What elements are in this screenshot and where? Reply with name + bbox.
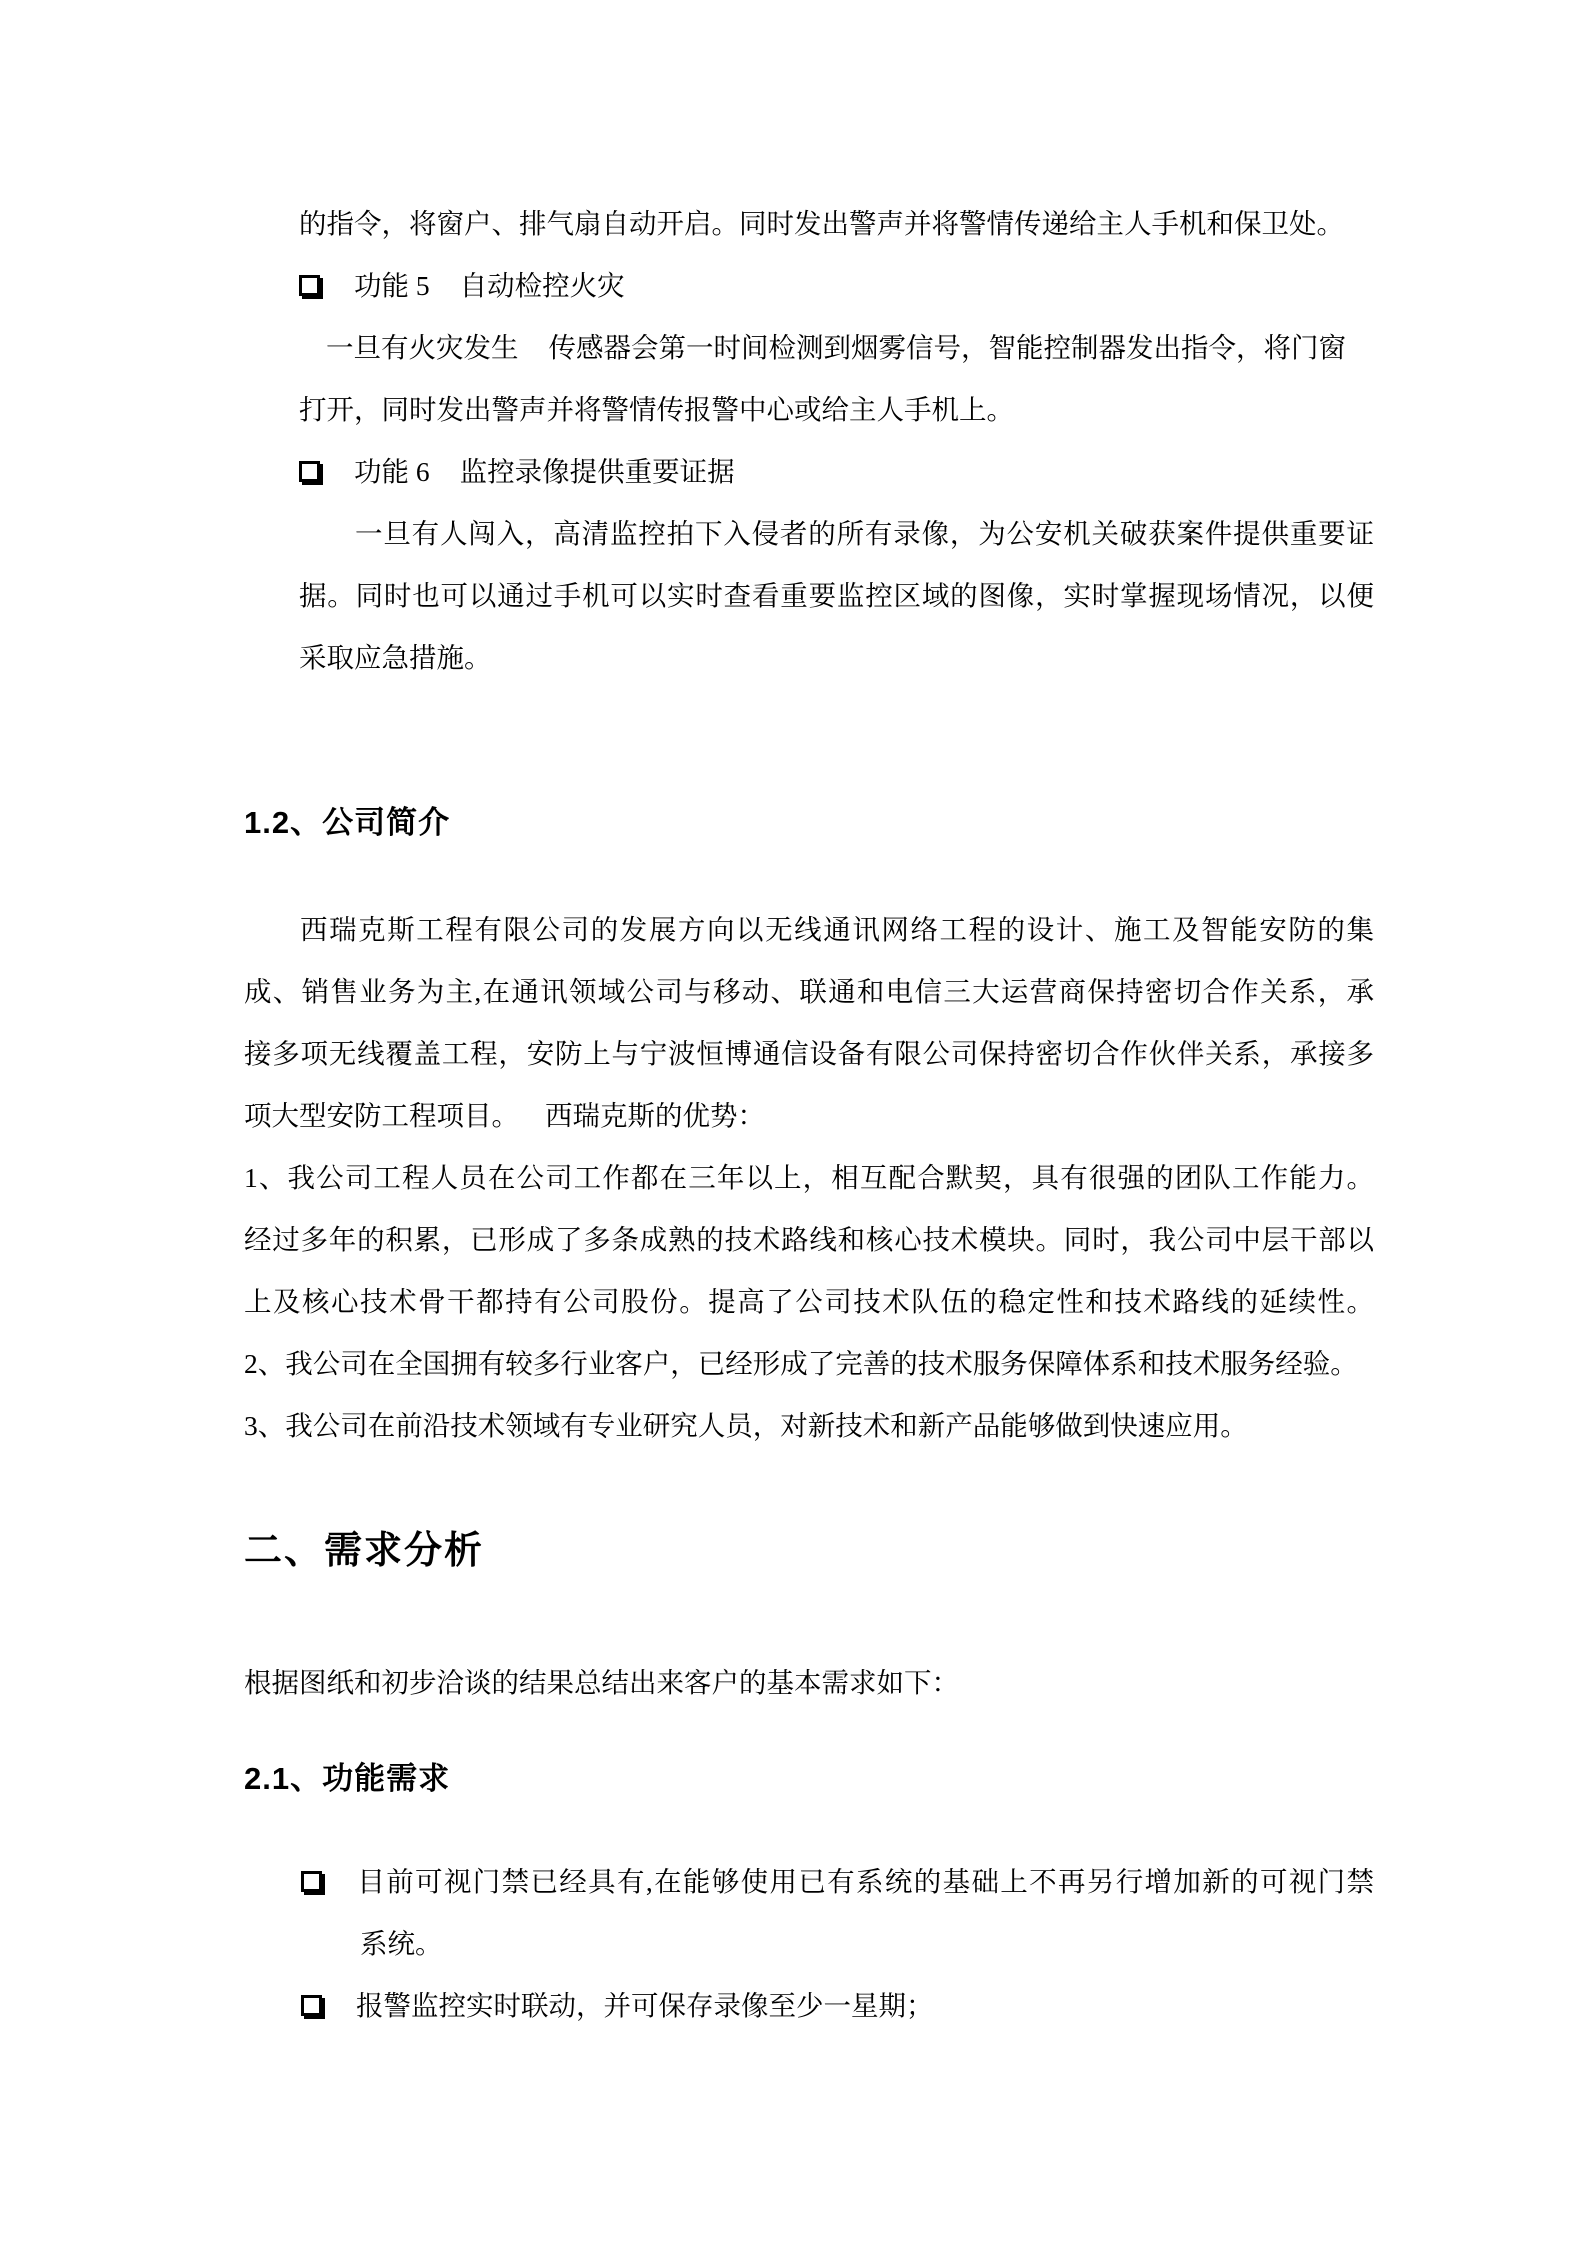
feature5-label: 功能 5	[354, 270, 430, 301]
company-paragraph-line3: 接多项无线覆盖工程，安防上与宁波恒博通信设备有限公司保持密切合作伙伴关系，承接多	[244, 1023, 1374, 1085]
feature5-desc-part1: 一旦有火灾发生	[326, 332, 519, 363]
company-advantages-intro: 西瑞克斯的优势：	[545, 1100, 765, 1131]
advantage1-line2: 经过多年的积累，已形成了多条成熟的技术路线和核心技术模块。同时，我公司中层干部以	[244, 1209, 1374, 1271]
checkbox-bullet-icon	[301, 1995, 322, 2016]
section-heading-company-intro: 1.2、公司简介	[244, 801, 1374, 845]
company-intro-block: 西瑞克斯工程有限公司的发展方向以无线通讯网络工程的设计、施工及智能安防的集 成、…	[244, 899, 1374, 1457]
section-heading-functional-requirements: 2.1、功能需求	[244, 1757, 1374, 1801]
company-paragraph-line1: 西瑞克斯工程有限公司的发展方向以无线通讯网络工程的设计、施工及智能安防的集	[244, 899, 1374, 961]
feature5-description-line1: 一旦有火灾发生传感器会第一时间检测到烟雾信号，智能控制器发出指令，将门窗	[244, 317, 1374, 379]
feature5-bullet-row: 功能 5自动检控火灾	[244, 255, 1374, 317]
advantage1-line1: 1、我公司工程人员在公司工作都在三年以上，相互配合默契，具有很强的团队工作能力。	[244, 1147, 1374, 1209]
chapter-heading-requirements: 二、需求分析	[244, 1525, 1374, 1577]
checkbox-bullet-icon	[301, 1871, 322, 1892]
advantage2-line: 2、我公司在全国拥有较多行业客户，已经形成了完善的技术服务保障体系和技术服务经验…	[244, 1333, 1374, 1395]
requirement-bullet2-row: 报警监控实时联动，并可保存录像至少一星期；	[244, 1975, 1374, 2037]
company-paragraph-line4: 项大型安防工程项目。西瑞克斯的优势：	[244, 1085, 1374, 1147]
advantage3-line: 3、我公司在前沿技术领域有专业研究人员，对新技术和新产品能够做到快速应用。	[244, 1395, 1374, 1457]
feature5-title: 自动检控火灾	[460, 270, 625, 301]
feature5-desc-part2: 传感器会第一时间检测到烟雾信号，智能控制器发出指令，将门窗	[549, 332, 1347, 363]
feature6-bullet-row: 功能 6监控录像提供重要证据	[244, 441, 1374, 503]
feature6-description-line2: 据。同时也可以通过手机可以实时查看重要监控区域的图像，实时掌握现场情况，以便	[244, 565, 1374, 627]
feature6-title: 监控录像提供重要证据	[460, 456, 735, 487]
feature6-label: 功能 6	[354, 456, 430, 487]
company-paragraph-line2: 成、销售业务为主,在通讯领域公司与移动、联通和电信三大运营商保持密切合作关系，承	[244, 961, 1374, 1023]
document-page: 的指令，将窗户、排气扇自动开启。同时发出警声并将警情传递给主人手机和保卫处。 功…	[0, 0, 1587, 2245]
requirements-intro-line: 根据图纸和初步洽谈的结果总结出来客户的基本需求如下：	[244, 1652, 1374, 1714]
requirement-bullet1-line2: 系统。	[244, 1913, 1374, 1975]
company-paragraph-line4-part1: 项大型安防工程项目。	[244, 1100, 519, 1131]
requirement-bullet2-text: 报警监控实时联动，并可保存录像至少一星期；	[356, 1990, 934, 2021]
advantage1-line3: 上及核心技术骨干都持有公司股份。提高了公司技术队伍的稳定性和技术路线的延续性。	[244, 1271, 1374, 1333]
feature6-description-line1: 一旦有人闯入，高清监控拍下入侵者的所有录像，为公安机关破获案件提供重要证	[244, 503, 1374, 565]
requirement-bullet1-text: 目前可视门禁已经具有,在能够使用已有系统的基础上不再另行增加新的可视门禁	[356, 1866, 1374, 1897]
feature5-description-line2: 打开，同时发出警声并将警情传报警中心或给主人手机上。	[244, 379, 1374, 441]
feature6-description-line3: 采取应急措施。	[244, 627, 1374, 689]
paragraph-continuation-line: 的指令，将窗户、排气扇自动开启。同时发出警声并将警情传递给主人手机和保卫处。	[244, 193, 1374, 255]
functional-requirements-list: 目前可视门禁已经具有,在能够使用已有系统的基础上不再另行增加新的可视门禁 系统。…	[244, 1851, 1374, 2037]
requirement-bullet1-line1: 目前可视门禁已经具有,在能够使用已有系统的基础上不再另行增加新的可视门禁	[244, 1851, 1374, 1913]
checkbox-bullet-icon	[299, 275, 320, 296]
checkbox-bullet-icon	[299, 461, 320, 482]
